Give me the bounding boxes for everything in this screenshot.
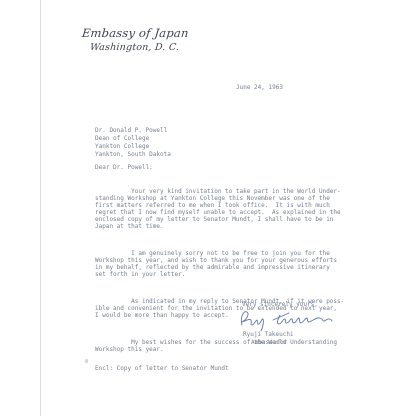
letterhead-organization: Embassy of Japan [81, 26, 189, 40]
letter-scan: Embassy of Japan Washington, D. C. June … [0, 0, 416, 416]
signer-title: Ambassador [251, 339, 287, 346]
recipient-address-block: Dr. Donald P. Powell Dean of College Yan… [95, 127, 171, 159]
letterhead-location: Washington, D. C. [89, 42, 179, 53]
handwritten-signature [237, 306, 335, 332]
enclosure-note: Encl: Copy of letter to Senator Mundt [95, 365, 229, 372]
body-paragraph-4: My best wishes for the success of the Wo… [95, 339, 344, 353]
letter-body: Your very kind invitation to take part i… [95, 174, 344, 373]
body-paragraph-2: I am genuinely sorry not to be free to j… [95, 250, 344, 278]
paper-left-edge [40, 0, 41, 416]
scan-artifact [85, 359, 88, 363]
signer-typed-name: Ryuji Takeuchi [243, 331, 294, 338]
body-paragraph-1: Your very kind invitation to take part i… [95, 188, 344, 230]
date-line: June 24, 1963 [236, 84, 283, 91]
salutation: Dear Dr. Powell: [95, 164, 153, 171]
